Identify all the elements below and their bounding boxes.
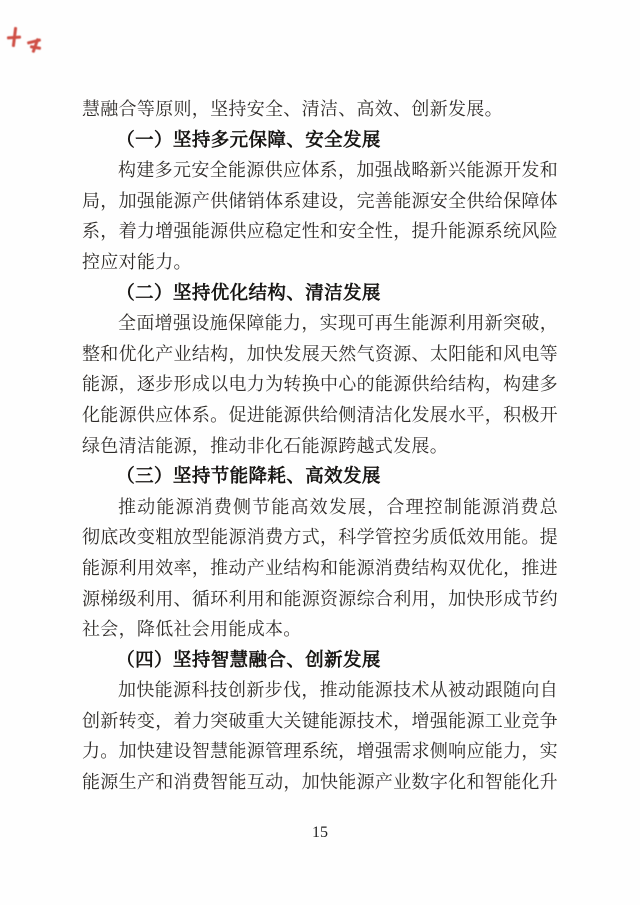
page-number: 15 (0, 824, 640, 842)
text-line: 社会，降低社会用能成本。 (82, 614, 558, 645)
section-heading: （三）坚持节能降耗、高效发展 (82, 461, 558, 492)
text-line: 推动能源消费侧节能高效发展，合理控制能源消费总量， (82, 492, 558, 523)
text-line: 构建多元安全能源供应体系，加强战略新兴能源开发和布 (82, 155, 558, 186)
text-line: 整和优化产业结构，加快发展天然气资源、太阳能和风电等新 (82, 339, 558, 370)
section-heading: （四）坚持智慧融合、创新发展 (82, 645, 558, 676)
red-ink-mark (7, 27, 22, 47)
text-line: 能源，逐步形成以电力为转换中心的能源供给结构，构建多元 (82, 369, 558, 400)
section-heading: （一）坚持多元保障、安全发展 (82, 125, 558, 156)
text-line: 创新转变，着力突破重大关键能源技术，增强能源工业竞争 (82, 706, 558, 737)
text-line: 加快能源科技创新步伐，推动能源技术从被动跟随向自主 (82, 675, 558, 706)
text-line: 局，加强能源产供储销体系建设，完善能源安全供给保障体 (82, 186, 558, 217)
red-ink-marks (0, 0, 60, 70)
text-line: 源梯级利用、循环利用和能源资源综合利用，加快形成节约型 (82, 584, 558, 615)
text-line: 控应对能力。 (82, 247, 558, 278)
section-heading: （二）坚持优化结构、清洁发展 (82, 278, 558, 309)
text-line: 全面增强设施保障能力，实现可再生能源利用新突破，调 (82, 308, 558, 339)
text-line: 彻底改变粗放型能源消费方式，科学管控劣质低效用能。提高 (82, 522, 558, 553)
text-line: 能源生产和消费智能互动，加快能源产业数字化和智能化升 (82, 767, 558, 798)
text-line: 力。加快建设智慧能源管理系统，增强需求侧响应能力，实现 (82, 736, 558, 767)
text-line: 能源利用效率，推动产业结构和能源消费结构双优化，推进能 (82, 553, 558, 584)
text-line: 化能源供应体系。促进能源供给侧清洁化发展水平，积极开发 (82, 400, 558, 431)
document-page: 慧融合等原则，坚持安全、清洁、高效、创新发展。 （一）坚持多元保障、安全发展 构… (0, 0, 640, 905)
text-line: 慧融合等原则，坚持安全、清洁、高效、创新发展。 (82, 94, 558, 125)
text-line: 绿色清洁能源，推动非化石能源跨越式发展。 (82, 431, 558, 462)
red-ink-mark (26, 37, 42, 54)
page-body-text: 慧融合等原则，坚持安全、清洁、高效、创新发展。 （一）坚持多元保障、安全发展 构… (82, 94, 558, 798)
text-line: 系，着力增强能源供应稳定性和安全性，提升能源系统风险管 (82, 216, 558, 247)
